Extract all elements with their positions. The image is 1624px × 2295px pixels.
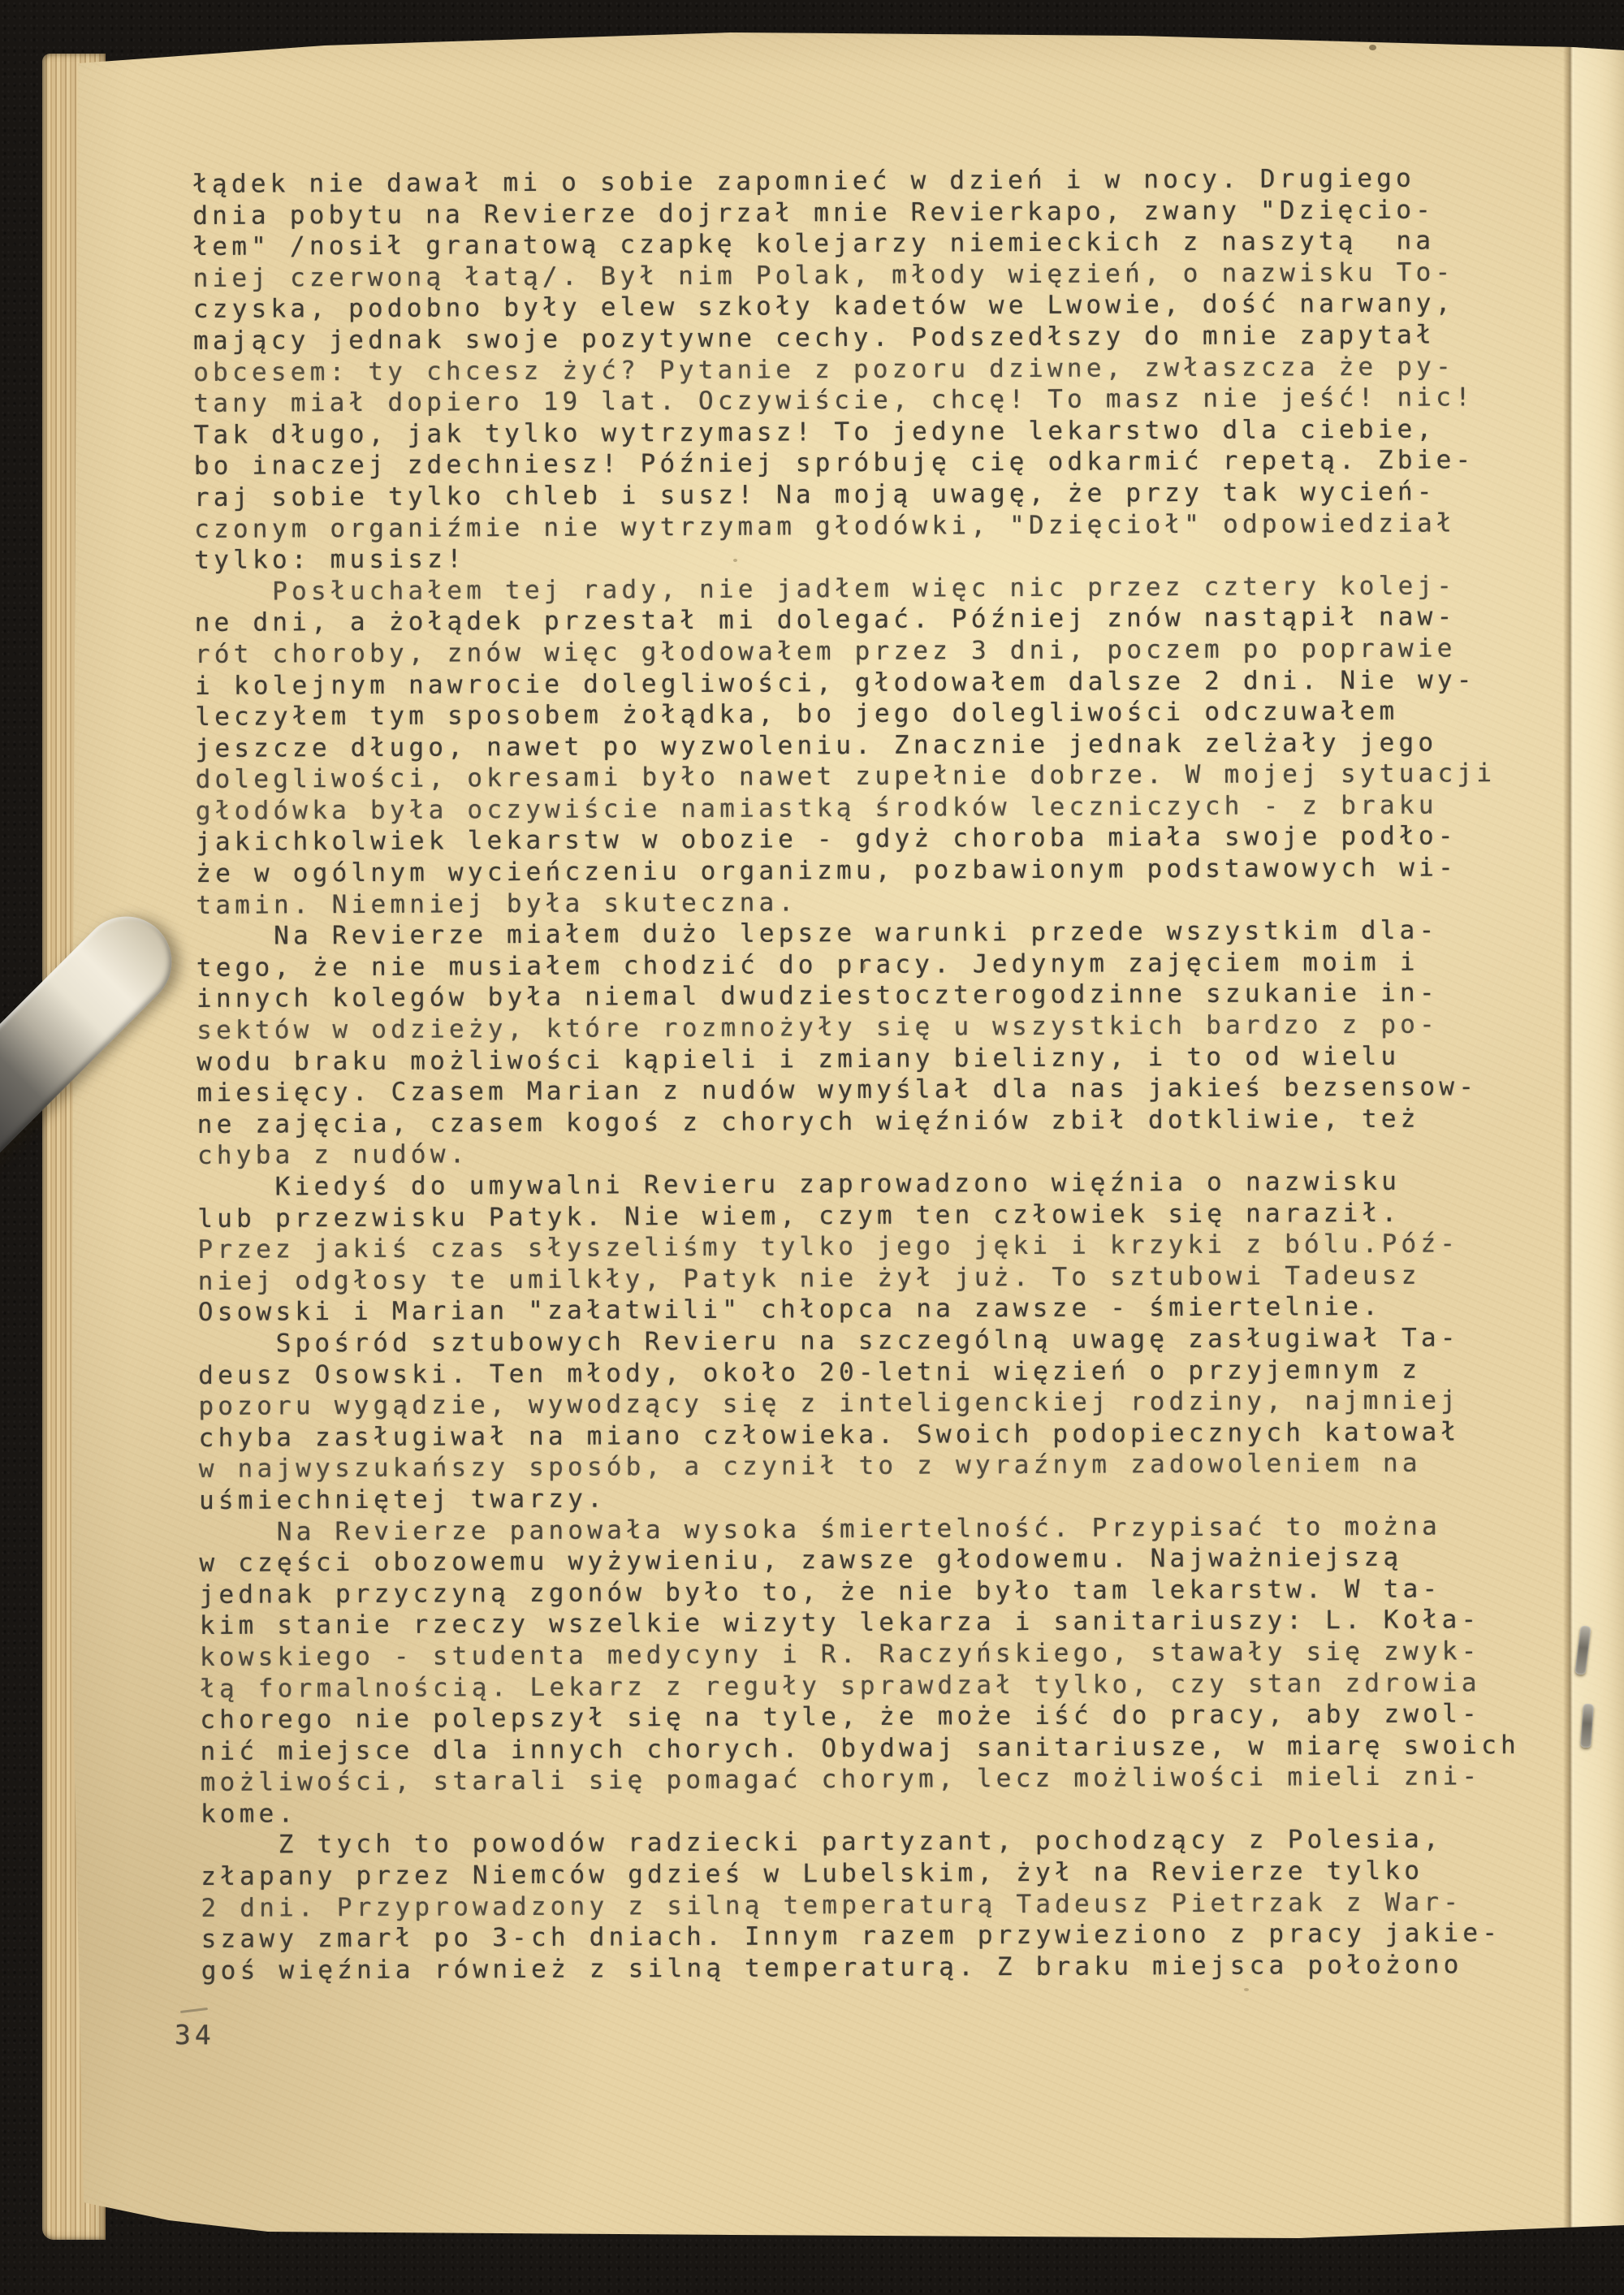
- page-text: łądek nie dawał mi o sobie zapomnieć w d…: [192, 162, 1521, 1986]
- text-line: głodówka była oczywiście namiastką środk…: [196, 789, 1516, 828]
- text-line: sektów w odzieży, które rozmnożyły się u…: [197, 1009, 1517, 1047]
- paper-speck: [733, 559, 737, 562]
- text-line: tany miał dopiero 19 lat. Oczywiście, ch…: [193, 382, 1514, 420]
- text-line: chyba z nudów.: [197, 1134, 1518, 1172]
- text-line: czonym organiźmie nie wytrzymam głodówki…: [194, 508, 1514, 546]
- paper-speck: [1244, 1988, 1249, 1991]
- text-line: łą formalnością. Lekarz z reguły sprawdz…: [200, 1667, 1520, 1705]
- pencil-mark: [180, 2008, 208, 2013]
- text-line: Na Revierze panowała wysoka śmiertelność…: [199, 1511, 1519, 1549]
- text-line: Posłuchałem tej rady, nie jadłem więc ni…: [194, 570, 1514, 608]
- text-line: goś więźnia również z silną temperaturą.…: [201, 1949, 1522, 1987]
- text-line: rót choroby, znów więc głodowałem przez …: [195, 633, 1515, 671]
- scan-background: łądek nie dawał mi o sobie zapomnieć w d…: [0, 0, 1624, 2295]
- text-line: niej czerwoną łatą/. Był nim Polak, młod…: [193, 257, 1514, 295]
- text-line: niej odgłosy te umilkły, Patyk nie żył j…: [198, 1260, 1518, 1298]
- text-line: tamin. Niemniej była skuteczna.: [196, 884, 1516, 922]
- book-page: łądek nie dawał mi o sobie zapomnieć w d…: [0, 0, 1624, 2295]
- text-line: możliwości, starali się pomagać chorym, …: [201, 1761, 1521, 1799]
- page-gutter: [1573, 47, 1624, 2236]
- page-fold: [1563, 47, 1574, 2232]
- text-line: 2 dni. Przyprowadzony z silną temperatur…: [201, 1887, 1521, 1925]
- paper-speck: [1369, 45, 1376, 50]
- text-line: w najwyszukańszy sposób, a czynił to z w…: [199, 1447, 1519, 1485]
- text-line: pozoru wygądzie, wywodzący się z intelig…: [198, 1385, 1518, 1423]
- page-number: 34: [175, 2019, 215, 2051]
- paper-speck: [862, 963, 866, 970]
